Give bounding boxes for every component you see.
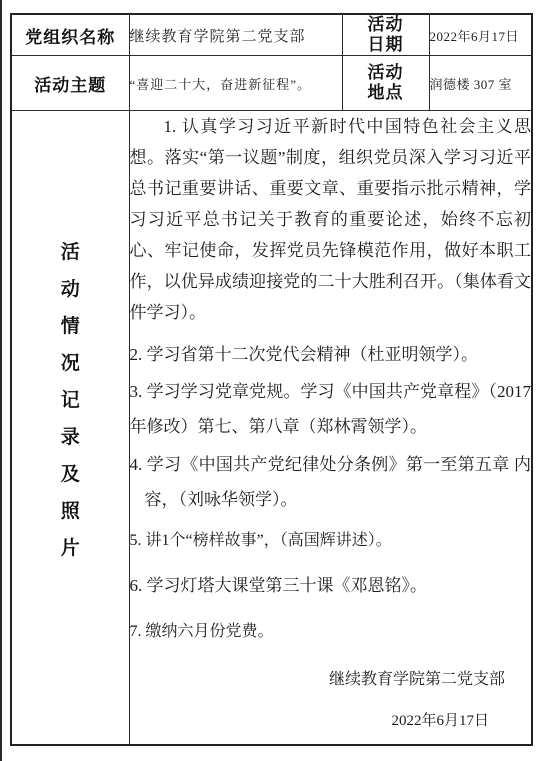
table-row-theme-location: 活动主题 “喜迎二十大，奋进新征程”。 活动地点 润德楼 307 室: [11, 56, 532, 111]
record-section-label-text: 活动情况记录及照片: [58, 234, 83, 567]
activity-date-value: 2022年6月17日: [429, 14, 532, 56]
record-item: 2. 学习省第十二次党代会精神（杜亚明领学）。: [130, 337, 532, 372]
activity-date-value-text: 2022年6月17日: [430, 29, 520, 44]
table-row-org-date: 党组织名称 继续教育学院第二党支部 活动日期 2022年6月17日: [11, 14, 532, 56]
signature-date: 2022年6月17日: [130, 706, 532, 736]
record-item: 6. 学习灯塔大课堂第三十课《邓恩铭》。: [130, 568, 532, 603]
org-name-label-text: 党组织名称: [25, 28, 115, 47]
org-name-value: 继续教育学院第二党支部: [129, 14, 342, 56]
record-item: 5. 讲1个“榜样故事”，（高国辉讲述）。: [130, 523, 532, 558]
record-item: 7. 缴纳六月份党费。: [130, 614, 532, 649]
activity-location-value-text: 润德楼 307 室: [430, 77, 513, 92]
record-content: 1. 认真学习习近平新时代中国特色社会主义思想。落实“第一议题”制度，组织党员深…: [129, 111, 532, 745]
activity-date-label-text: 活动日期: [366, 15, 405, 55]
activity-theme-label-text: 活动主题: [34, 76, 106, 95]
scan-edge-artifact: [0, 0, 2, 761]
record-paragraph-1: 1. 认真学习习近平新时代中国特色社会主义思想。落实“第一议题”制度，组织党员深…: [130, 111, 532, 328]
org-name-label: 党组织名称: [11, 14, 129, 56]
activity-location-label-text: 活动地点: [366, 63, 405, 103]
activity-location-label: 活动地点: [342, 56, 429, 111]
activity-date-label: 活动日期: [342, 14, 429, 56]
activity-theme-value-text: “喜迎二十大，奋进新征程”。: [130, 77, 312, 92]
activity-record-table: 党组织名称 继续教育学院第二党支部 活动日期 2022年6月17日 活动主题 “…: [10, 13, 533, 746]
record-item: 4. 学习《中国共产党纪律处分条例》第一至第五章 内容，（刘咏华领学）。: [130, 447, 532, 517]
table-row-record: 活动情况记录及照片 1. 认真学习习近平新时代中国特色社会主义思想。落实“第一议…: [11, 111, 532, 745]
document-page: 党组织名称 继续教育学院第二党支部 活动日期 2022年6月17日 活动主题 “…: [0, 0, 552, 761]
activity-location-value: 润德楼 307 室: [429, 56, 532, 111]
activity-theme-value: “喜迎二十大，奋进新征程”。: [129, 56, 342, 111]
signature-org: 继续教育学院第二党支部: [130, 662, 532, 697]
org-name-value-text: 继续教育学院第二党支部: [130, 29, 306, 45]
record-item: 3. 学习学习党章党规。学习《中国共产党章程》（2017 年修改）第七、第八章（…: [130, 374, 532, 444]
record-section-label: 活动情况记录及照片: [11, 111, 129, 745]
activity-theme-label: 活动主题: [11, 56, 129, 111]
